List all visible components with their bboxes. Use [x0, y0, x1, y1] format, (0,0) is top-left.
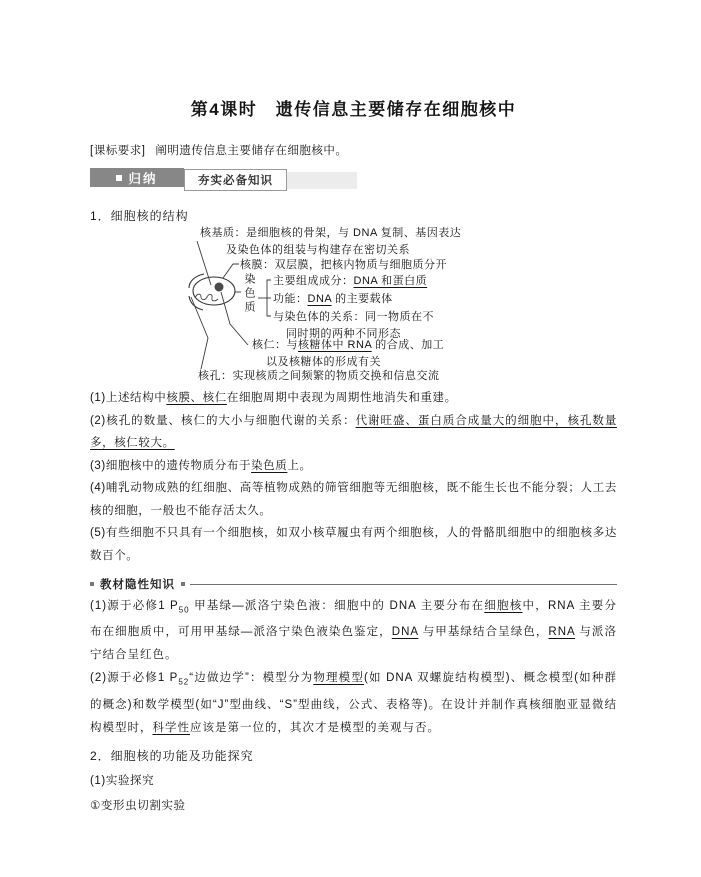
heading-nucleus-structure: 1．细胞核的结构 — [90, 207, 617, 224]
section-2: 2．细胞核的功能及功能探究 (1)实验探究 ①变形虫切割实验 — [90, 744, 617, 819]
section-tab-bar: 归纳 夯实必备知识 — [90, 168, 617, 192]
square-bullet-icon — [181, 582, 185, 586]
point-3: (3)细胞核中的遗传物质分布于染色质上。 — [90, 455, 617, 478]
label-nucleolus-line1: 核仁：与核糖体中 RNA 的合成、加工 — [252, 339, 444, 352]
label-nuclear-matrix-line1: 核基质：是细胞核的骨架，与 DNA 复制、基因表达 — [200, 227, 461, 240]
curriculum-requirement: [课标要求]阐明遗传信息主要储存在细胞核中。 — [90, 142, 617, 158]
point-5: (5)有些细胞不只具有一个细胞核，如双小核草履虫有两个细胞核，人的骨骼肌细胞中的… — [90, 522, 617, 567]
leader-line-pore — [191, 297, 208, 369]
header-rule-line — [190, 584, 617, 585]
nucleus-structure-diagram: 核基质：是细胞核的骨架，与 DNA 复制、基因表达 及染色体的组装与构建存在密切… — [90, 226, 617, 378]
square-bullet-icon — [90, 582, 94, 586]
document-page: 第4课时 遗传信息主要储存在细胞核中 [课标要求]阐明遗传信息主要储存在细胞核中… — [0, 0, 701, 877]
hidden-knowledge-body: (1)源于必修1 P50 甲基绿—派洛宁染色液：细胞中的 DNA 主要分布在细胞… — [90, 595, 617, 740]
label-chromatin-function: 功能：DNA 的主要载体 — [273, 293, 393, 306]
point-1: (1)上述结构中核膜、核仁在细胞周期中表现为周期性地消失和重建。 — [90, 387, 617, 410]
heading-nucleus-function: 2．细胞核的功能及功能探究 — [90, 744, 617, 769]
nucleolus-shape — [215, 283, 224, 292]
sub-heading-amoeba: ①变形虫切割实验 — [90, 794, 617, 819]
hidden-knowledge-header: 教材隐性知识 — [90, 576, 617, 592]
square-bullet-icon — [116, 175, 122, 181]
label-chromatin-composition: 主要组成成分：DNA 和蛋白质 — [273, 275, 427, 288]
point-2: (2)核孔的数量、核仁的大小与细胞代谢的关系：代谢旺盛、蛋白质合成量大的细胞中，… — [90, 410, 617, 455]
knowledge-points: (1)上述结构中核膜、核仁在细胞周期中表现为周期性地消失和重建。 (2)核孔的数… — [90, 387, 617, 567]
hidden-point-2: (2)源于必修1 P52“边做边学”：模型分为物理模型(如 DNA 双螺旋结构模… — [90, 667, 617, 739]
hidden-point-1: (1)源于必修1 P50 甲基绿—派洛宁染色液：细胞中的 DNA 主要分布在细胞… — [90, 595, 617, 667]
leader-line-membrane — [223, 264, 239, 278]
hidden-knowledge-title: 教材隐性知识 — [100, 576, 175, 592]
content-column: 第4课时 遗传信息主要储存在细胞核中 [课标要求]阐明遗传信息主要储存在细胞核中… — [90, 0, 617, 819]
label-nuclear-pore: 核孔：实现核质之间频繁的物质交换和信息交流 — [198, 370, 440, 383]
requirement-text: 阐明遗传信息主要储存在细胞核中。 — [155, 145, 347, 157]
sub-heading-experiment: (1)实验探究 — [90, 769, 617, 794]
tab-guina: 归纳 — [90, 168, 184, 187]
label-chromatin: 染色质 — [241, 273, 257, 315]
outer-membrane-upper-arc — [189, 274, 204, 288]
tab-subtitle-label: 夯实必备知识 — [198, 172, 273, 188]
page-title: 第4课时 遗传信息主要储存在细胞核中 — [90, 95, 617, 120]
tab-bar-strip — [287, 172, 357, 189]
page-ref-subscript: 52 — [178, 678, 189, 687]
label-nucleolus-line2: 以及核糖体的形成有关 — [266, 356, 381, 369]
tab-subtitle-box: 夯实必备知识 — [184, 169, 287, 191]
label-chromatin-relation-line1: 与染色体的关系：同一物质在不 — [273, 311, 434, 324]
requirement-label: [课标要求] — [90, 145, 145, 157]
label-nuclear-matrix-line2: 及染色体的组装与构建存在密切关系 — [226, 244, 410, 257]
page-ref-subscript: 50 — [179, 605, 190, 614]
point-4: (4)哺乳动物成熟的红细胞、高等植物成熟的筛管细胞等无细胞核，既不能生长也不能分… — [90, 477, 617, 522]
tab-guina-label: 归纳 — [128, 169, 157, 187]
label-nuclear-membrane: 核膜：双层膜，把核内物质与细胞质分开 — [240, 259, 447, 272]
